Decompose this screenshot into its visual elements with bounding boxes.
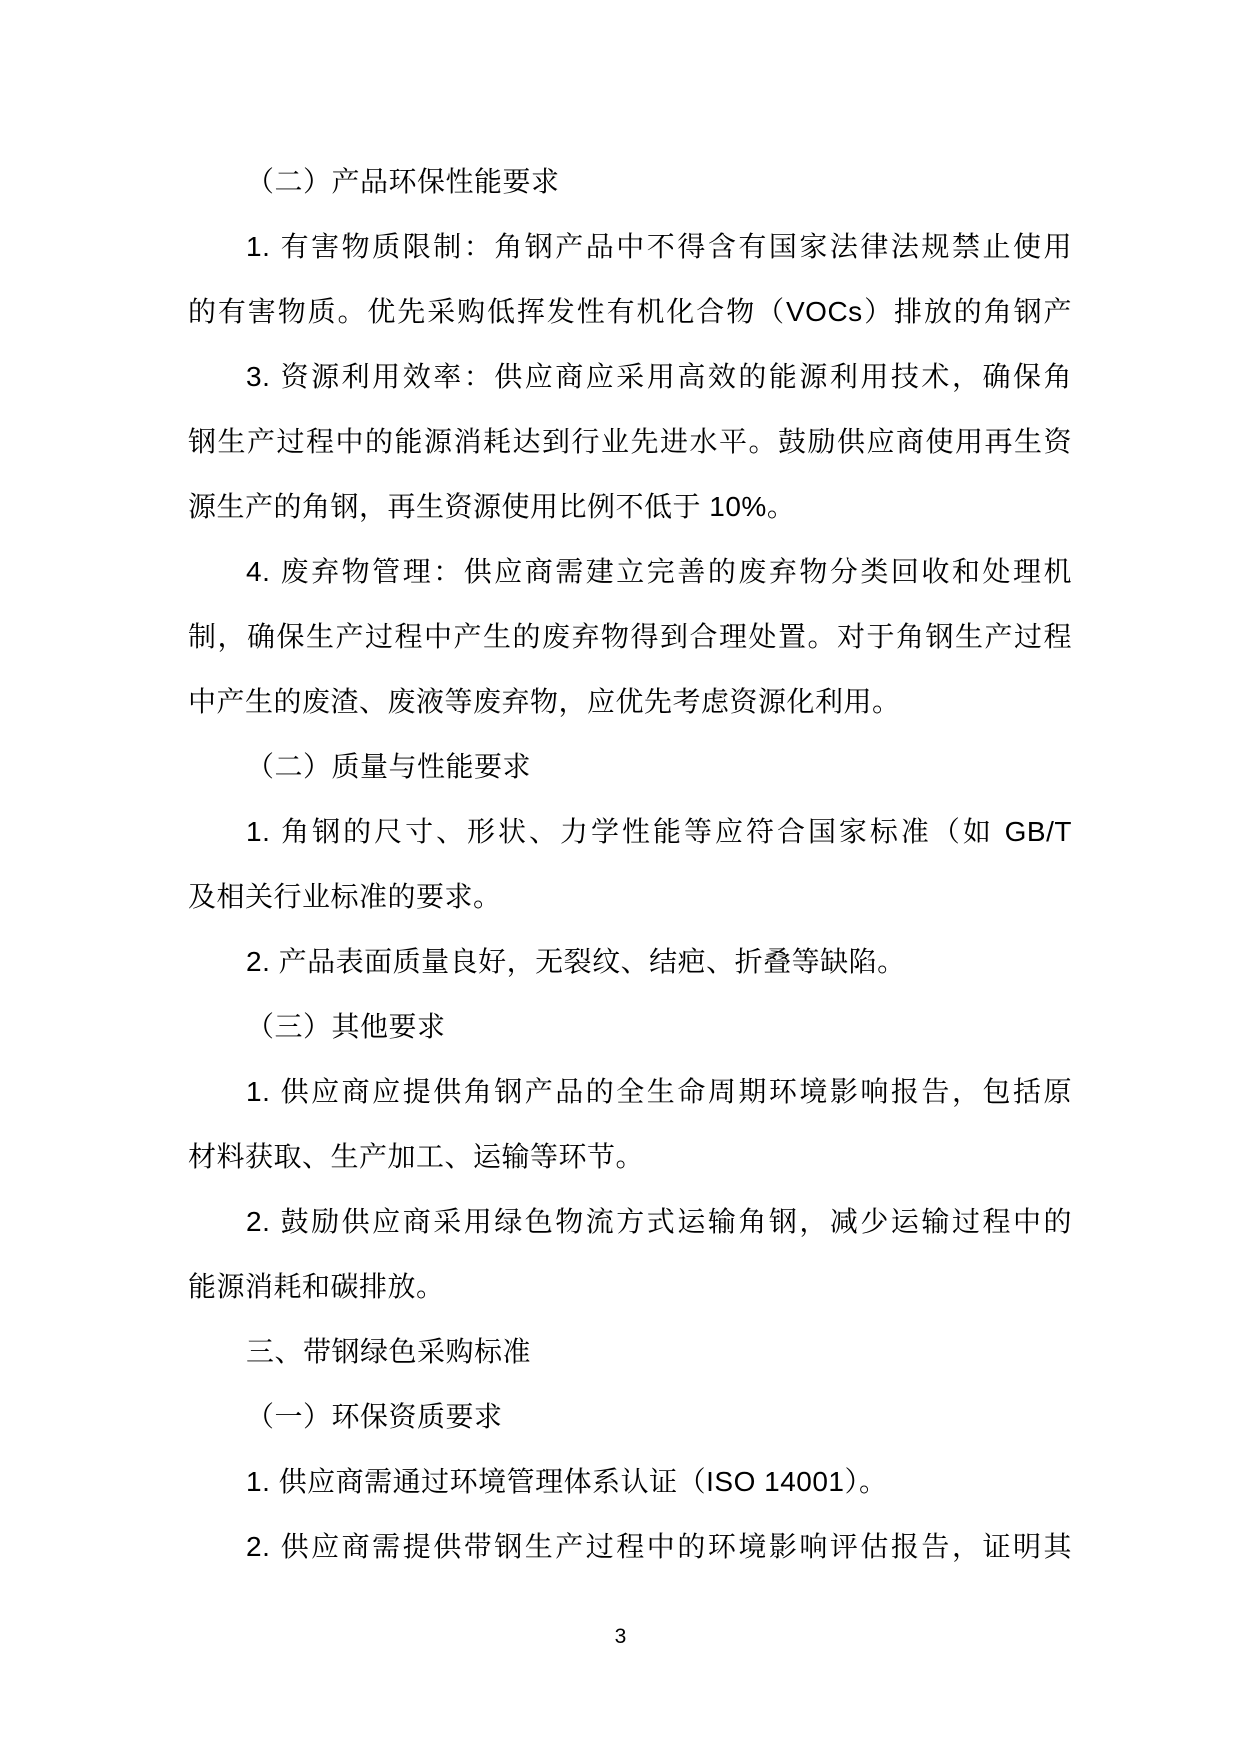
document-line: （二）产品环保性能要求 (188, 149, 1072, 214)
document-line: 及相关行业标准的要求。 (188, 864, 1072, 929)
document-line: （三）其他要求 (188, 994, 1072, 1059)
document-line: 2. 鼓励供应商采用绿色物流方式运输角钢，减少运输过程中的 (188, 1189, 1072, 1254)
page-footer: 3 (0, 1624, 1241, 1650)
document-line: 源生产的角钢，再生资源使用比例不低于 10%。 (188, 474, 1072, 539)
document-line: 1. 有害物质限制：角钢产品中不得含有国家法律法规禁止使用 (188, 214, 1072, 279)
document-line: 材料获取、生产加工、运输等环节。 (188, 1124, 1072, 1189)
document-line: 3. 资源利用效率：供应商应采用高效的能源利用技术，确保角 (188, 344, 1072, 409)
document-line: 中产生的废渣、废液等废弃物，应优先考虑资源化利用。 (188, 669, 1072, 734)
document-line: 2. 供应商需提供带钢生产过程中的环境影响评估报告，证明其 (188, 1514, 1072, 1579)
text-block: （二）产品环保性能要求1. 有害物质限制：角钢产品中不得含有国家法律法规禁止使用… (188, 149, 1072, 1579)
page-number: 3 (615, 1625, 627, 1648)
document-line: 的有害物质。优先采购低挥发性有机化合物（VOCs）排放的角钢产品。 (188, 279, 1072, 344)
document-line: （一）环保资质要求 (188, 1384, 1072, 1449)
document-line: 1. 角钢的尺寸、形状、力学性能等应符合国家标准（如 GB/T 706） (188, 799, 1072, 864)
document-line: 制，确保生产过程中产生的废弃物得到合理处置。对于角钢生产过程 (188, 604, 1072, 669)
document-line: 三、带钢绿色采购标准 (188, 1319, 1072, 1384)
document-page: （二）产品环保性能要求1. 有害物质限制：角钢产品中不得含有国家法律法规禁止使用… (0, 0, 1241, 1754)
document-line: 1. 供应商应提供角钢产品的全生命周期环境影响报告，包括原 (188, 1059, 1072, 1124)
document-line: 钢生产过程中的能源消耗达到行业先进水平。鼓励供应商使用再生资 (188, 409, 1072, 474)
document-line: （二）质量与性能要求 (188, 734, 1072, 799)
document-line: 1. 供应商需通过环境管理体系认证（ISO 14001）。 (188, 1449, 1072, 1514)
document-line: 4. 废弃物管理：供应商需建立完善的废弃物分类回收和处理机 (188, 539, 1072, 604)
document-line: 2. 产品表面质量良好，无裂纹、结疤、折叠等缺陷。 (188, 929, 1072, 994)
document-line: 能源消耗和碳排放。 (188, 1254, 1072, 1319)
